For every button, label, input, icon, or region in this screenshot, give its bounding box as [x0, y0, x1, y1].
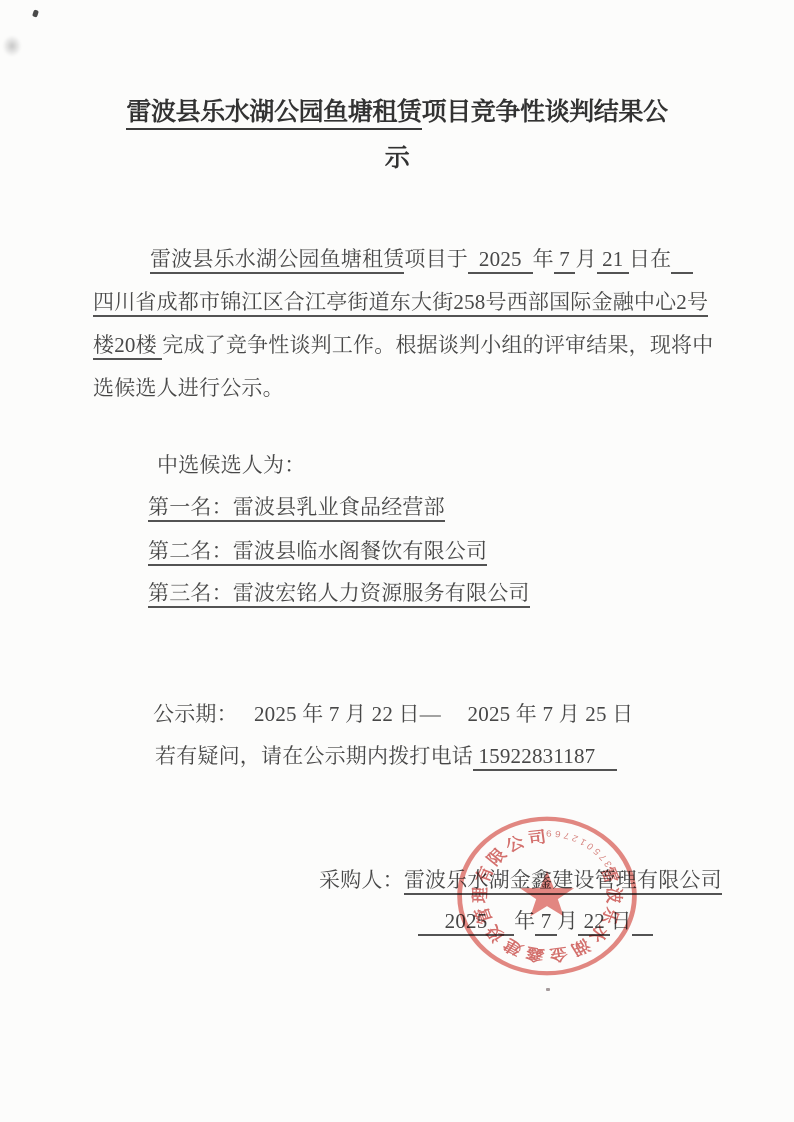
scan-artifact-speck — [546, 988, 550, 991]
title-rest: 项目竞争性谈判结果公 — [422, 98, 668, 126]
purchaser-label: 采购人： — [319, 868, 404, 892]
candidate-first: 第一名：雷波县乳业食品经营部 — [148, 494, 445, 520]
paragraph-line-3: 楼20楼 完成了竞争性谈判工作。根据谈判小组的评审结果，现将中 — [93, 332, 713, 358]
document-title: 雷波县乐水湖公园鱼塘租赁项目竞争性谈判结果公 — [0, 89, 794, 135]
paragraph-line-4: 选候选人进行公示。 — [93, 375, 284, 401]
negotiation-address-floor: 楼20楼 — [93, 333, 162, 360]
contact-phone: 15922831187 — [473, 744, 617, 771]
candidate-second: 第二名：雷波县临水阁餐饮有限公司 — [148, 538, 487, 564]
scanned-announcement-page: 雷波县乐水湖公园鱼塘租赁项目竞争性谈判结果公 示 雷波县乐水湖公园鱼塘租赁项目于… — [0, 0, 794, 1122]
negotiation-address: 四川省成都市锦江区合江亭街道东大街258号西部国际金融中心2号 — [93, 290, 708, 317]
scan-artifact-dot — [32, 9, 39, 17]
document-title-line2: 示 — [0, 135, 794, 181]
seal-star — [520, 871, 574, 917]
candidates-heading: 中选候选人为： — [157, 452, 305, 478]
project-name: 雷波县乐水湖公园鱼塘租赁 — [150, 247, 404, 274]
title-project-name: 雷波县乐水湖公园鱼塘租赁 — [126, 98, 421, 130]
official-seal: 雷波乐水湖金鑫建设管理有限公司 4375012769 — [452, 812, 642, 980]
scan-artifact-smudge — [3, 36, 21, 56]
publicity-period: 公示期： 2025 年 7 月 22 日— 2025 年 7 月 25 日 — [153, 701, 633, 727]
negotiation-day: 21 — [597, 247, 629, 274]
negotiation-year: 2025 — [468, 247, 533, 274]
negotiation-month: 7 — [554, 247, 576, 274]
paragraph-line-1: 雷波县乐水湖公园鱼塘租赁项目于 2025 年 7 月 21 日在 — [150, 246, 693, 272]
paragraph-line-2: 四川省成都市锦江区合江亭街道东大街258号西部国际金融中心2号 — [93, 289, 708, 315]
contact-line: 若有疑问，请在公示期内拨打电话 15922831187 — [155, 743, 617, 769]
candidate-third: 第三名：雷波宏铭人力资源服务有限公司 — [148, 580, 530, 606]
svg-text:4375012769: 4375012769 — [536, 818, 626, 878]
seal-code-text: 4375012769 — [536, 818, 626, 878]
